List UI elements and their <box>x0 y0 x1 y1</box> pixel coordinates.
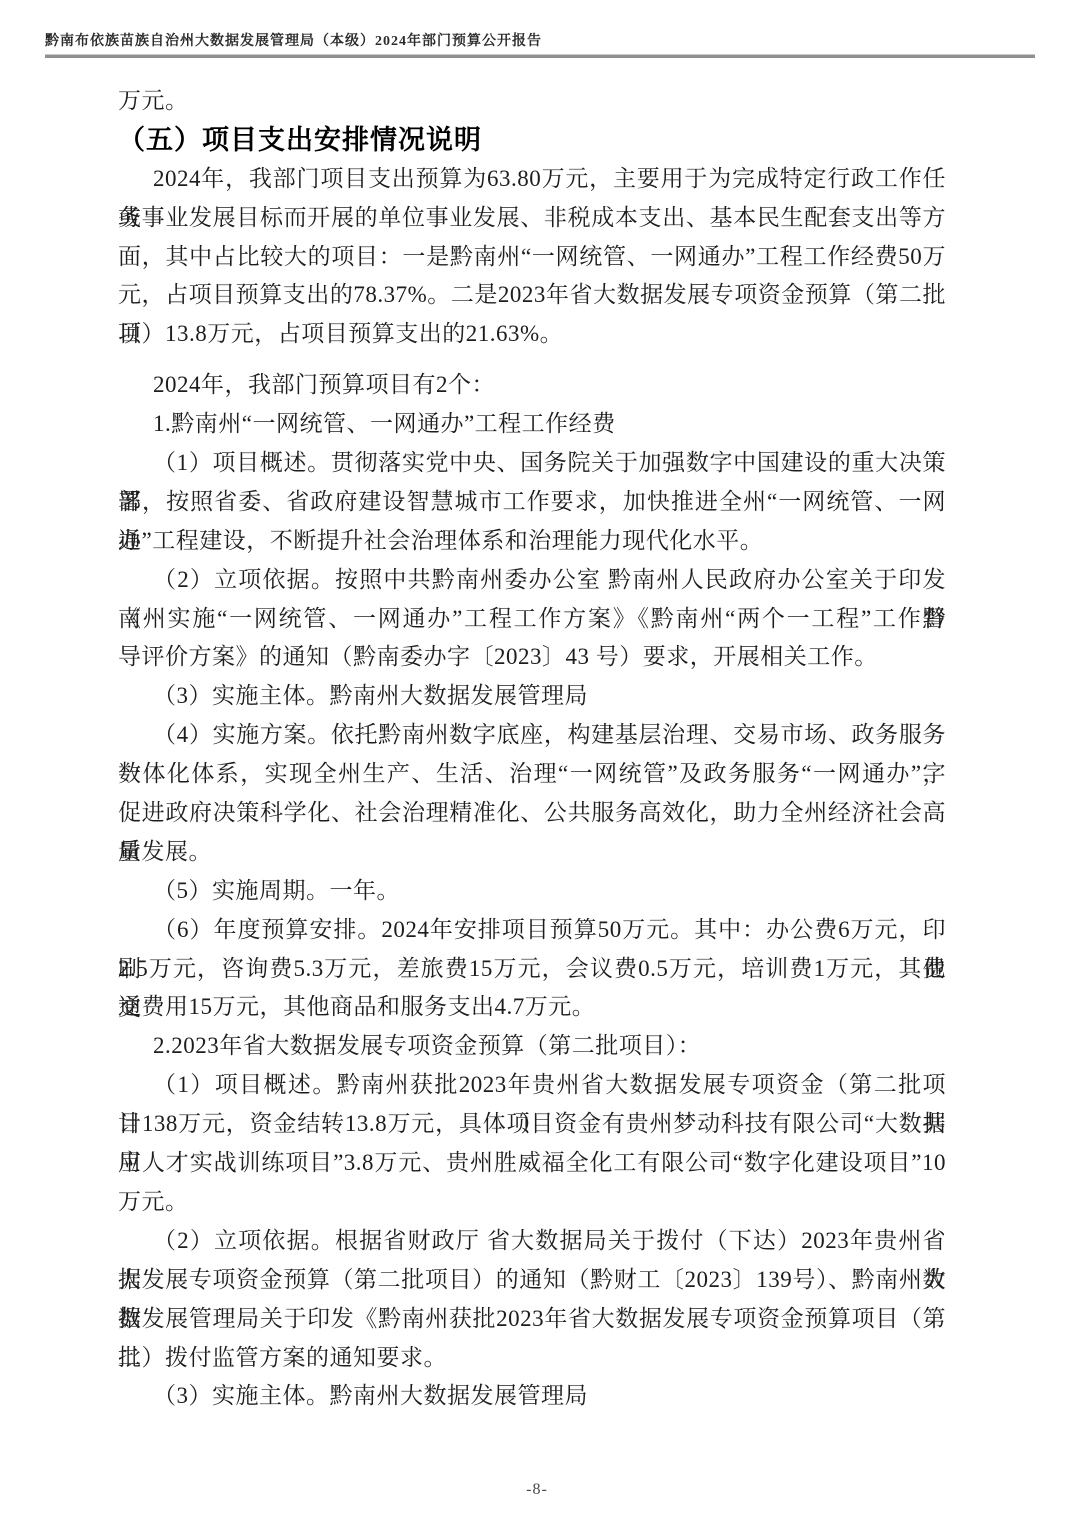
text-line: 面，其中占比较大的项目：一是黔南州“一网统管、一网通办”工程工作经费50万 <box>118 238 946 277</box>
text-line: 批）拨付监管方案的通知要求。 <box>118 1339 946 1378</box>
text-line: 1.黔南州“一网统管、一网通办”工程工作经费 <box>118 405 946 444</box>
text-line: 计138万元，资金结转13.8万元，具体项目资金有贵州梦动科技有限公司“大数据应 <box>118 1105 946 1144</box>
text-line: （3）实施主体。黔南州大数据发展管理局 <box>118 677 946 716</box>
text-line: （5）实施周期。一年。 <box>118 872 946 911</box>
text-line: 据发展管理局关于印发《黔南州获批2023年省大数据发展专项资金预算项目（第二 <box>118 1300 946 1339</box>
text-line: 目）13.8万元，占项目预算支出的21.63%。 <box>118 315 946 354</box>
text-line: （3）实施主体。黔南州大数据发展管理局 <box>118 1377 946 1416</box>
document-body: 万元。（五）项目支出安排情况说明2024年，我部门项目支出预算为63.80万元，… <box>118 82 946 1416</box>
text-line: （6）年度预算安排。2024年安排项目预算50万元。其中：办公费6万元，印刷费 <box>118 911 946 950</box>
text-line: 署，按照省委、省政府建设智慧城市工作要求，加快推进全州“一网统管、一网通 <box>118 483 946 522</box>
header-rule <box>45 55 1035 58</box>
text-line: 2024年，我部门项目支出预算为63.80万元，主要用于为完成特定行政工作任务 <box>118 160 946 199</box>
text-line: 或事业发展目标而开展的单位事业发展、非税成本支出、基本民生配套支出等方 <box>118 199 946 238</box>
text-line: （2）立项依据。根据省财政厅 省大数据局关于拨付（下达）2023年贵州省大数 <box>118 1222 946 1261</box>
text-line: （2）立项依据。按照中共黔南州委办公室 黔南州人民政府办公室关于印发《黔 <box>118 561 946 600</box>
text-line: 用人才实战训练项目”3.8万元、贵州胜威福全化工有限公司“数字化建设项目”10 <box>118 1144 946 1183</box>
text-line: 量发展。 <box>118 833 946 872</box>
text-line: 导评价方案》的通知（黔南委办字〔2023〕43 号）要求，开展相关工作。 <box>118 638 946 677</box>
text-line: 2024年，我部门预算项目有2个： <box>118 366 946 405</box>
text-line: 万元。 <box>118 1183 946 1222</box>
text-line: 元，占项目预算支出的78.37%。二是2023年省大数据发展专项资金预算（第二批… <box>118 276 946 315</box>
text-line: 据发展专项资金预算（第二批项目）的通知（黔财工〔2023〕139号）、黔南州大数 <box>118 1261 946 1300</box>
text-line: 一体化体系，实现全州生产、生活、治理“一网统管”及政务服务“一网通办”， <box>118 755 946 794</box>
text-line: 办”工程建设，不断提升社会治理体系和治理能力现代化水平。 <box>118 522 946 561</box>
page-header-title: 黔南布依族苗族自治州大数据发展管理局（本级）2024年部门预算公开报告 <box>45 30 1035 50</box>
page-number: -8- <box>0 1481 1074 1499</box>
text-line: （4）实施方案。依托黔南州数字底座，构建基层治理、交易市场、政务服务数字 <box>118 716 946 755</box>
text-line: （1）项目概述。黔南州获批2023年贵州省大数据发展专项资金（第二批项目）共 <box>118 1066 946 1105</box>
text-line: 2.5万元，咨询费5.3万元，差旅费15万元，会议费0.5万元，培训费1万元，其… <box>118 950 946 989</box>
text-line: 万元。 <box>118 82 946 121</box>
text-line: 通费用15万元，其他商品和服务支出4.7万元。 <box>118 988 946 1027</box>
text-line: （1）项目概述。贯彻落实党中央、国务院关于加强数字中国建设的重大决策部 <box>118 444 946 483</box>
document-page: 黔南布依族苗族自治州大数据发展管理局（本级）2024年部门预算公开报告 万元。（… <box>0 0 1074 1520</box>
section-heading: （五）项目支出安排情况说明 <box>118 121 946 160</box>
text-line: 促进政府决策科学化、社会治理精准化、公共服务高效化，助力全州经济社会高质 <box>118 794 946 833</box>
text-line: 2.2023年省大数据发展专项资金预算（第二批项目）： <box>118 1027 946 1066</box>
text-line: 南州实施“一网统管、一网通办”工程工作方案》《黔南州“两个一工程”工作督 <box>118 600 946 639</box>
